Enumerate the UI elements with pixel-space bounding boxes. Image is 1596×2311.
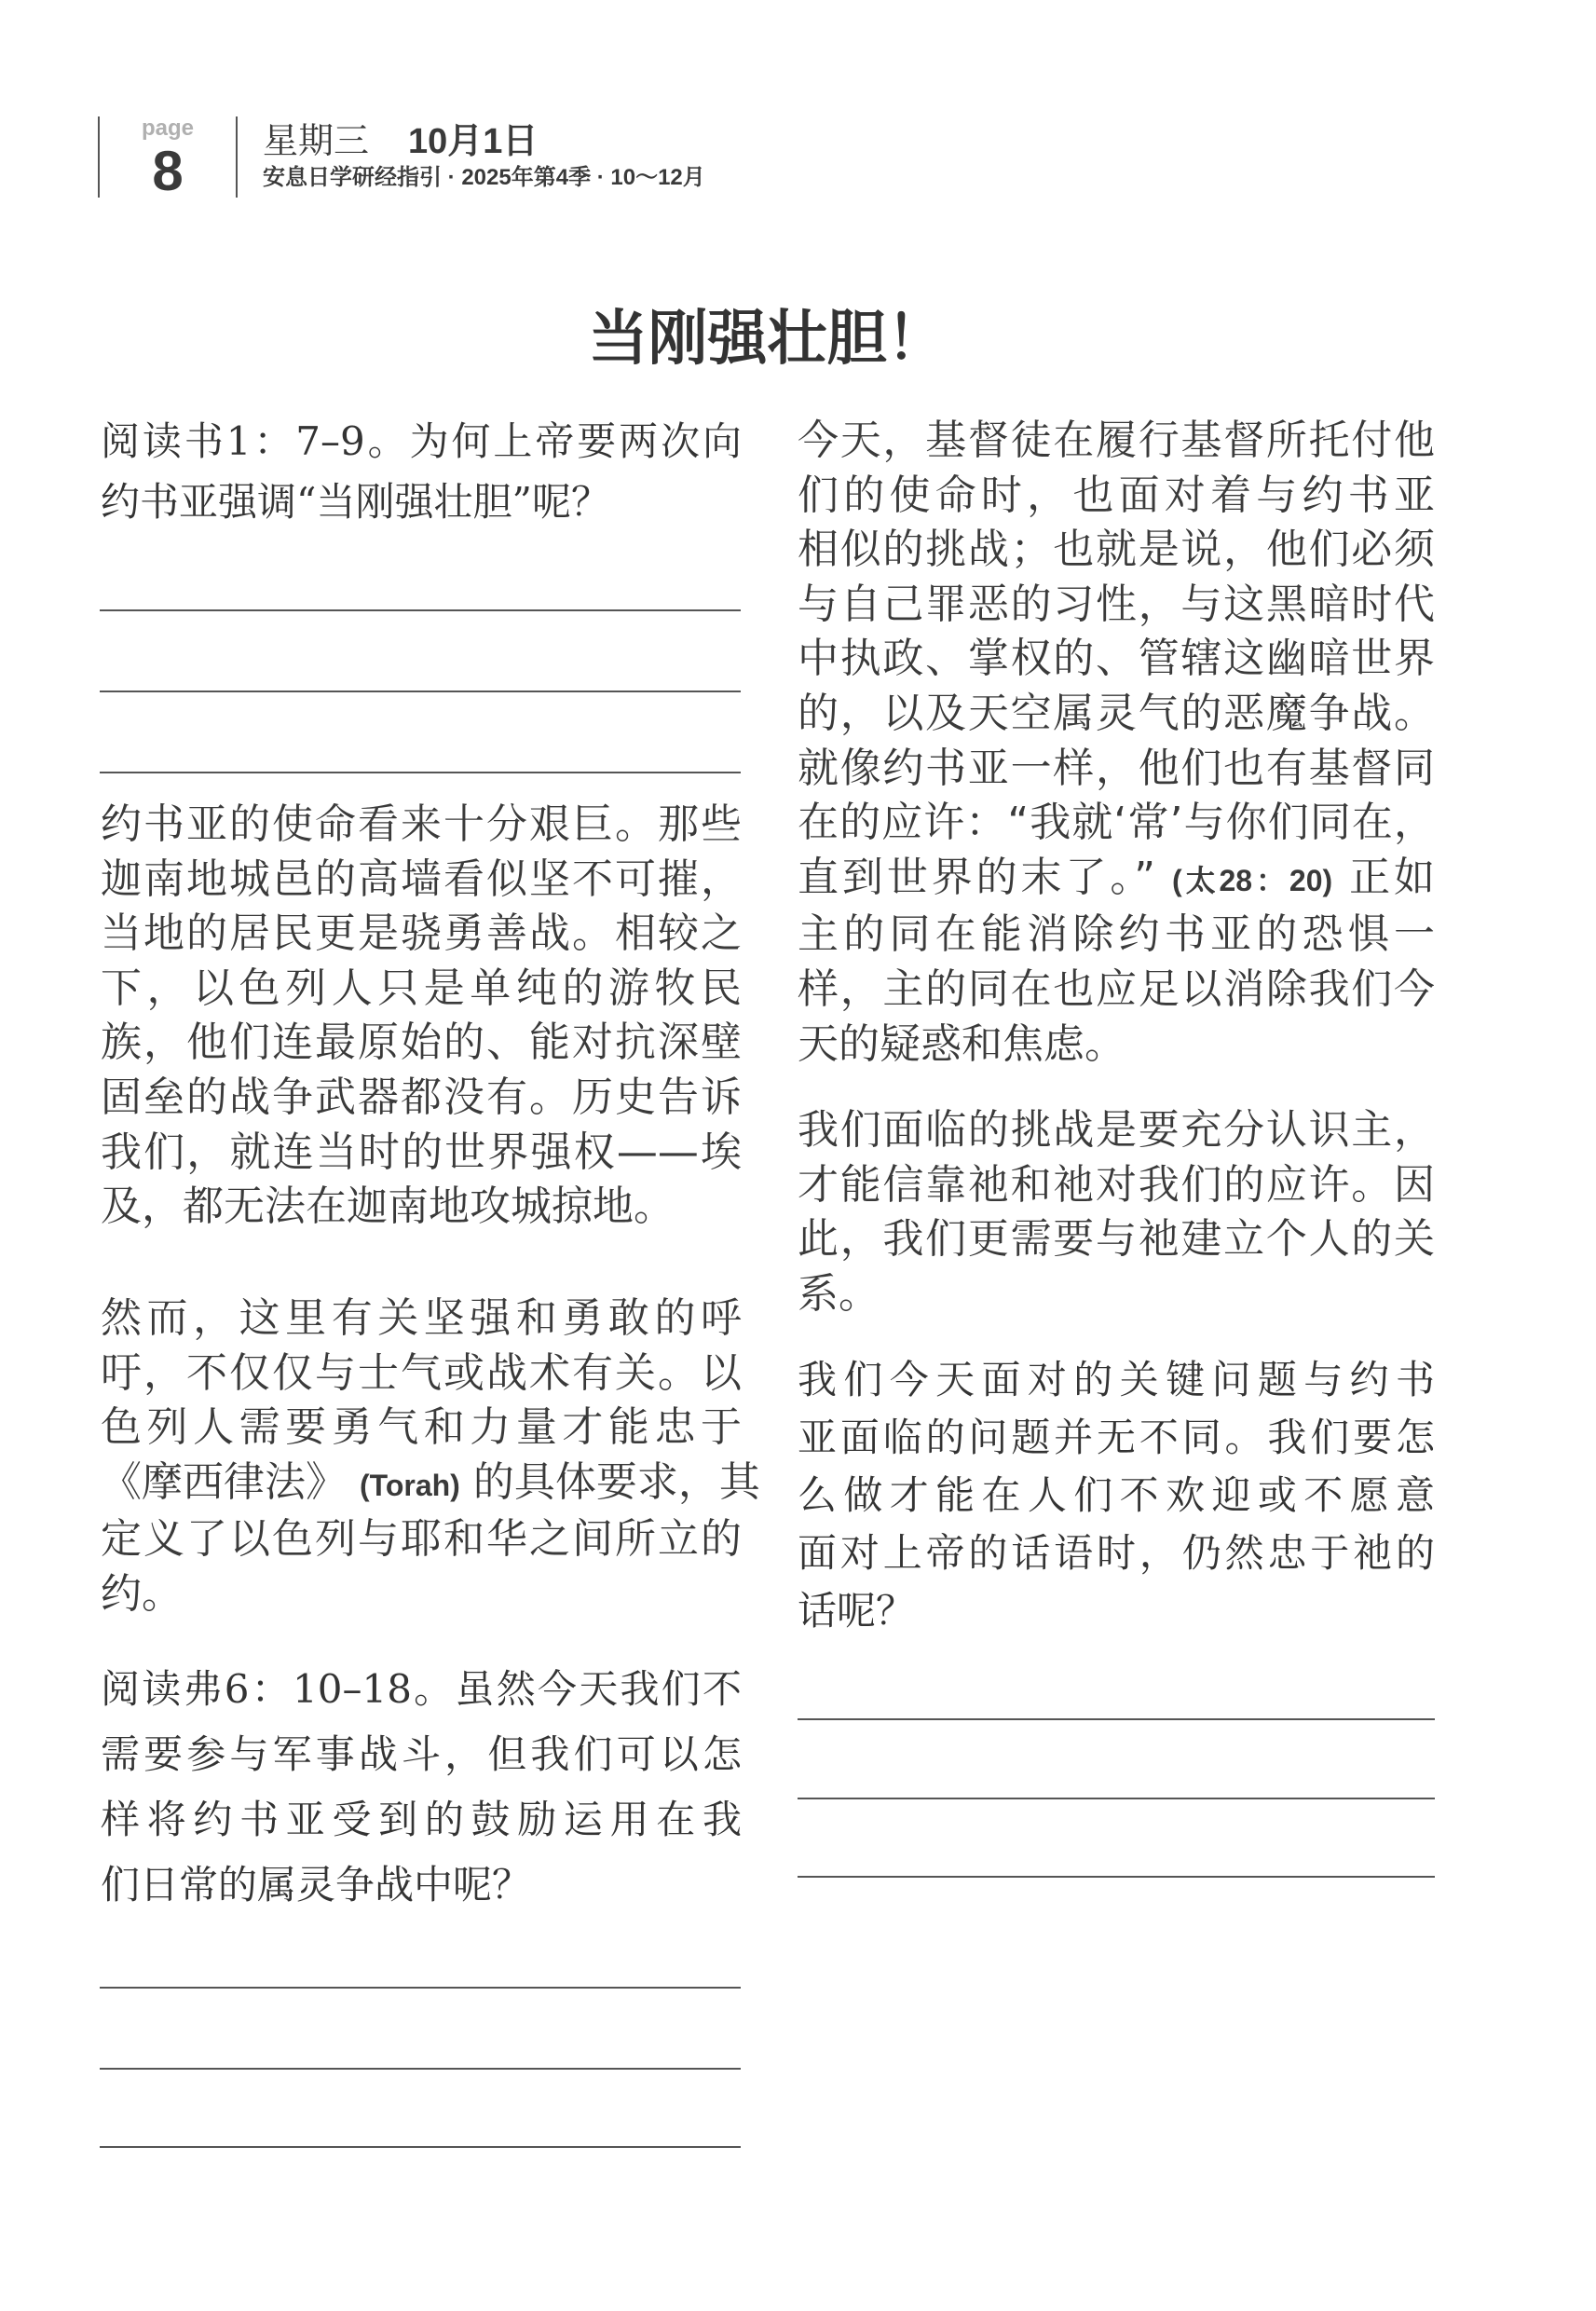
text-line: 的，以及天空属灵气的恶魔争战。 (798, 687, 1435, 742)
text-line: 定义了以色列与耶和华之间所立的 (101, 1512, 742, 1567)
question-line: 们日常的属灵争战中呢？ (101, 1853, 742, 1918)
question-line: 约书亚强调“当刚强壮胆”呢？ (101, 472, 742, 532)
question-line: 亚面临的问题并无不同。我们要怎 (798, 1409, 1435, 1467)
answer-line[interactable] (100, 691, 741, 692)
paragraph-mission: 约书亚的使命看来十分艰巨。那些 迦南地城邑的高墙看似坚不可摧， 当地的居民更是骁… (101, 798, 742, 1235)
answer-line[interactable] (100, 609, 741, 611)
text-fragment: 的具体要求，其 (473, 1458, 760, 1506)
text-line: 在的应许：“我就‘常’与你们同在， (798, 796, 1435, 851)
weekday: 星期三 (263, 120, 369, 161)
question-line: 么做才能在人们不欢迎或不愿意 (798, 1467, 1435, 1525)
text-line: 族，他们连最原始的、能对抗深壁 (101, 1016, 742, 1071)
question-2: 阅读弗6：10–18。虽然今天我们不 需要参与军事战斗，但我们可以怎 样将约书亚… (101, 1657, 742, 1918)
text-line: 当地的居民更是骁勇善战。相较之 (101, 907, 742, 962)
question-1: 阅读书1：7–9。为何上帝要两次向 约书亚强调“当刚强壮胆”呢？ (101, 411, 742, 532)
paragraph-challenge: 我们面临的挑战是要充分认识主， 才能信靠祂和祂对我们的应许。因 此，我们更需要与… (798, 1103, 1435, 1321)
publication-subtitle: 安息日学研经指引 · 2025年第4季 · 10～12月 (263, 164, 705, 192)
text-line: 迦南地城邑的高墙看似坚不可摧， (101, 853, 742, 908)
paragraph-christians-today: 今天，基督徒在履行基督所托付他 们的使命时，也面对着与约书亚 相似的挑战；也就是… (798, 414, 1435, 1072)
text-line: 与自己罪恶的习性，与这黑暗时代 (798, 578, 1435, 633)
answer-line[interactable] (100, 1987, 741, 1989)
text-line: 们的使命时，也面对着与约书亚 (798, 469, 1435, 524)
torah-term: (Torah) (360, 1469, 460, 1502)
text-line: 主的同在能消除约书亚的恐惧一 (798, 908, 1435, 963)
text-line: 约。 (101, 1567, 742, 1622)
question-line: 阅读书1：7–9。为何上帝要两次向 (101, 411, 742, 472)
question-line: 话呢？ (798, 1582, 1435, 1640)
quote-end: 直到世界的末了。” (798, 854, 1155, 901)
text-line: 今天，基督徒在履行基督所托付他 (798, 414, 1435, 469)
text-line: 然而，这里有关坚强和勇敢的呼 (101, 1292, 742, 1347)
text-line: 下，以色列人只是单纯的游牧民 (101, 962, 742, 1017)
text-line: 天的疑惑和焦虑。 (798, 1018, 1435, 1073)
book-title: 《摩西律法》 (101, 1458, 347, 1506)
text-line: 就像约书亚一样，他们也有基督同 (798, 742, 1435, 797)
text-line: 系。 (798, 1267, 1435, 1322)
text-line: 约书亚的使命看来十分艰巨。那些 (101, 798, 742, 853)
text-line: 我们，就连当时的世界强权——埃 (101, 1126, 742, 1181)
date: 10月1日 (408, 122, 538, 161)
text-line: 中执政、掌权的、管辖这幽暗世界 (798, 632, 1435, 687)
header-divider-rule (236, 116, 238, 198)
paragraph-courage: 然而，这里有关坚强和勇敢的呼 吁，不仅仅与士气或战术有关。以 色列人需要勇气和力… (101, 1292, 742, 1622)
answer-line[interactable] (798, 1876, 1435, 1878)
lesson-title: 当刚强壮胆！ (100, 300, 1435, 378)
text-line: 此，我们更需要与祂建立个人的关 (798, 1212, 1435, 1267)
page-number: 8 (130, 142, 205, 201)
scripture-reference: (太28：20) (1172, 864, 1332, 897)
page-label: page (130, 116, 205, 142)
text-line: 色列人需要勇气和力量才能忠于 (101, 1401, 742, 1456)
question-line: 阅读弗6：10–18。虽然今天我们不 (101, 1657, 742, 1722)
answer-line[interactable] (100, 2146, 741, 2148)
answer-line[interactable] (100, 772, 741, 773)
answer-line[interactable] (798, 1718, 1435, 1720)
question-line: 需要参与军事战斗，但我们可以怎 (101, 1722, 742, 1787)
answer-line[interactable] (100, 2068, 741, 2070)
question-line: 我们今天面对的关键问题与约书 (798, 1351, 1435, 1409)
answer-line[interactable] (798, 1798, 1435, 1799)
header-left-rule (98, 116, 100, 198)
text-line: 及，都无法在迦南地攻城掠地。 (101, 1180, 742, 1235)
text-line: 《摩西律法》 (Torah) 的具体要求，其 (101, 1456, 742, 1513)
question-line: 样将约书亚受到的鼓励运用在我 (101, 1787, 742, 1853)
text-line: 样，主的同在也应足以消除我们今 (798, 963, 1435, 1018)
question-3: 我们今天面对的关键问题与约书 亚面临的问题并无不同。我们要怎 么做才能在人们不欢… (798, 1351, 1435, 1640)
text-line: 才能信靠祂和祂对我们的应许。因 (798, 1158, 1435, 1213)
text-line: 吁，不仅仅与士气或战术有关。以 (101, 1347, 742, 1402)
day-date-line: 星期三10月1日 (263, 119, 538, 163)
text-line: 相似的挑战；也就是说，他们必须 (798, 523, 1435, 578)
text-line: 直到世界的末了。” (太28：20) 正如 (798, 851, 1435, 909)
text-line: 固垒的战争武器都没有。历史告诉 (101, 1071, 742, 1126)
text-fragment: 正如 (1349, 854, 1435, 901)
text-line: 我们面临的挑战是要充分认识主， (798, 1103, 1435, 1158)
question-line: 面对上帝的话语时，仍然忠于祂的 (798, 1525, 1435, 1582)
